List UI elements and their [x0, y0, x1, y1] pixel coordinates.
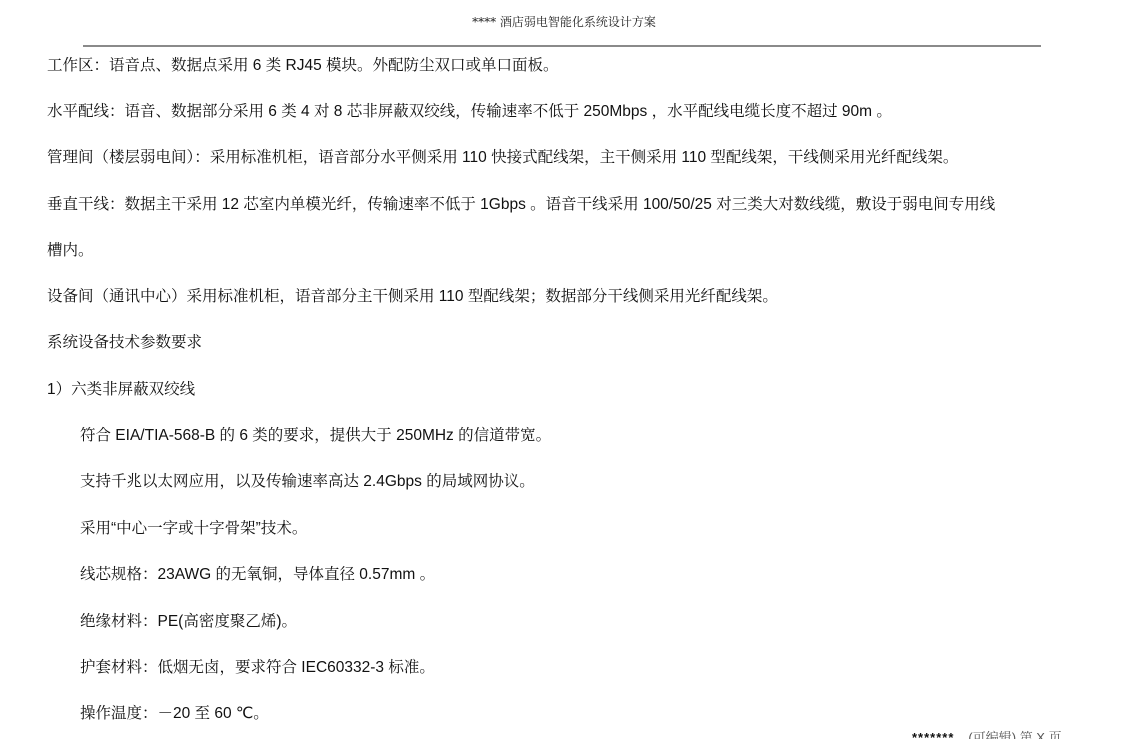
document-header-title: **** 酒店弱电智能化系统设计方案	[0, 13, 1128, 30]
header-divider	[83, 45, 1041, 47]
paragraph-horizontal-cabling: 水平配线：语音、数据部分采用 6 类 4 对 8 芯非屏蔽双绞线，传输速率不低于…	[47, 102, 892, 122]
spec-item-conductor: 线芯规格：23AWG 的无氧铜，导体直径 0.57mm 。	[80, 565, 435, 585]
subheading-cat6-utp: 1）六类非屏蔽双绞线	[47, 380, 195, 400]
paragraph-telecom-room: 管理间（楼层弱电间）：采用标准机柜，语音部分水平侧采用 110 快接式配线架，主…	[47, 148, 958, 168]
spec-item-insulation: 绝缘材料：PE(高密度聚乙烯)。	[80, 612, 297, 632]
spec-item-cross-spline: 采用“中心一字或十字骨架”技术。	[80, 519, 307, 539]
spec-item-gigabit: 支持千兆以太网应用，以及传输速率高达 2.4Gbps 的局域网协议。	[80, 472, 535, 492]
footer-page-info: (可编辑) 第 X 页	[968, 730, 1061, 739]
paragraph-work-area: 工作区：语音点、数据点采用 6 类 RJ45 模块。外配防尘双口或单口面板。	[47, 56, 559, 76]
spec-item-temperature: 操作温度：－20 至 60 ℃。	[80, 704, 269, 724]
spec-item-standard: 符合 EIA/TIA-568-B 的 6 类的要求，提供大于 250MHz 的信…	[80, 426, 551, 446]
page-footer: *******(可编辑) 第 X 页	[912, 730, 1062, 739]
spec-item-jacket: 护套材料：低烟无卤，要求符合 IEC60332-3 标准。	[80, 658, 435, 678]
paragraph-equipment-room: 设备间（通讯中心）采用标准机柜，语音部分主干侧采用 110 型配线架；数据部分干…	[47, 287, 778, 307]
paragraph-backbone: 垂直干线：数据主干采用 12 芯室内单模光纤，传输速率不低于 1Gbps 。语音…	[47, 195, 995, 215]
section-heading-specs: 系统设备技术参数要求	[47, 333, 202, 353]
paragraph-backbone-cont: 槽内。	[47, 241, 94, 261]
footer-stars: *******	[912, 730, 954, 739]
